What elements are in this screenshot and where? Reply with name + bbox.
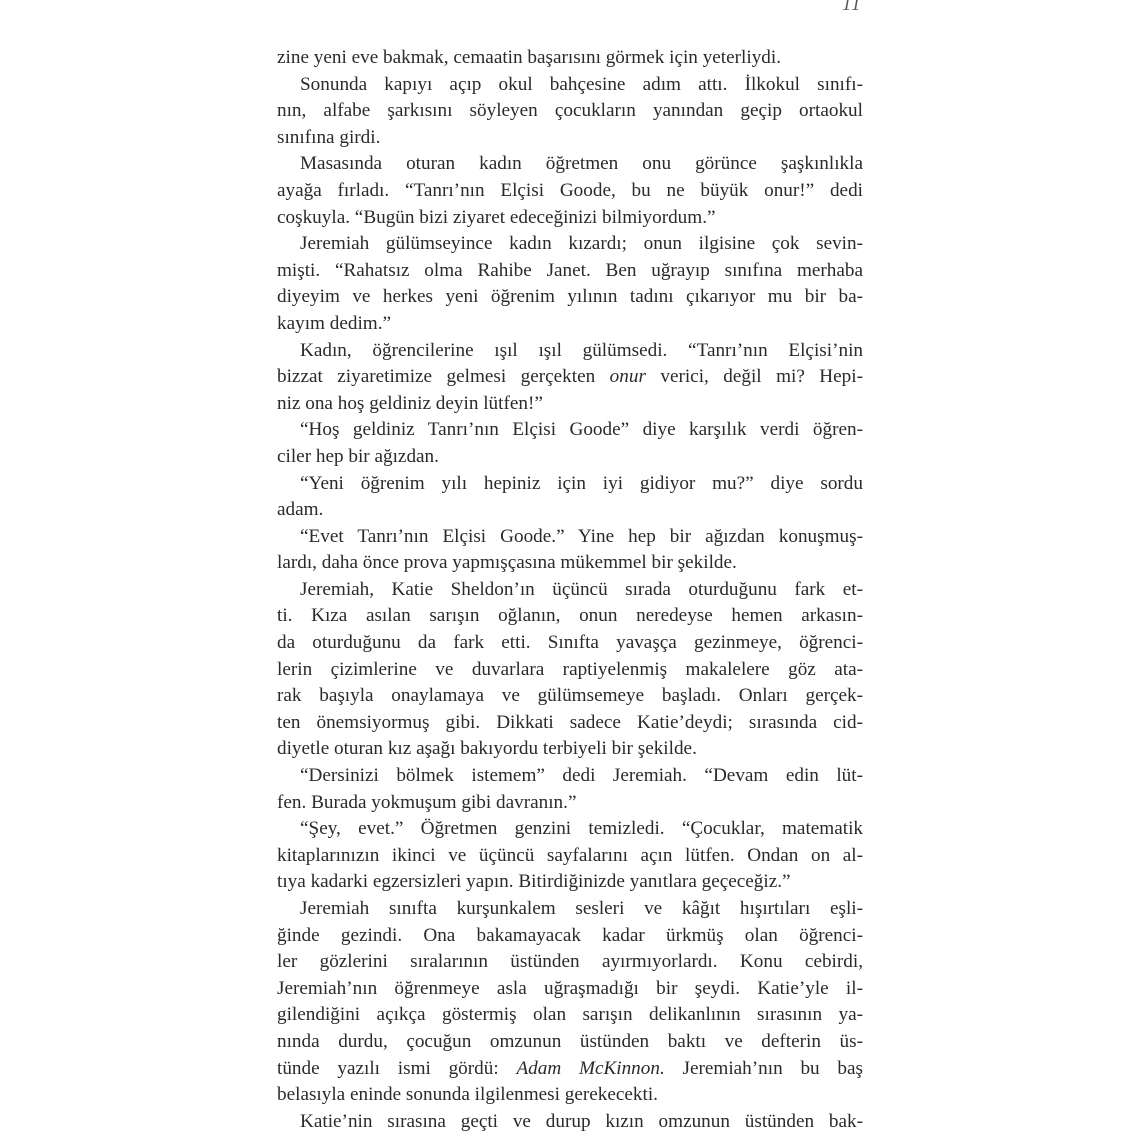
text-line: sınıfına girdi. — [277, 125, 863, 152]
text-line: lardı, daha önce prova yapmışçasına müke… — [277, 550, 863, 577]
text-line: “Şey, evet.” Öğretmen genzini temizledi.… — [277, 816, 863, 843]
text-segment: bizzat ziyaretimize gelmesi gerçekten — [277, 366, 610, 387]
text-line: Masasında oturan kadın öğretmen onu görü… — [277, 151, 863, 178]
text-line: lerin çizimlerine ve duvarlara raptiyele… — [277, 657, 863, 684]
text-line: tıya kadarki egzersizleri yapın. Bitirdi… — [277, 869, 863, 896]
text-line: Katie’nin sırasına geçti ve durup kızın … — [277, 1109, 863, 1136]
text-line: nında durdu, çocuğun omzunun üstünden ba… — [277, 1029, 863, 1056]
text-line: bizzat ziyaretimize gelmesi gerçekten on… — [277, 364, 863, 391]
text-line: ti. Kıza asılan sarışın oğlanın, onun ne… — [277, 603, 863, 630]
text-line: rak başıyla onaylamaya ve gülümsemeye ba… — [277, 683, 863, 710]
page-number: 11 — [842, 0, 862, 16]
text-line: niz ona hoş geldiniz deyin lütfen!” — [277, 391, 863, 418]
text-line: da oturduğunu da fark etti. Sınıfta yava… — [277, 630, 863, 657]
text-segment: verici, değil mi? Hepi- — [646, 366, 863, 387]
text-line: “Dersinizi bölmek istemem” dedi Jeremiah… — [277, 763, 863, 790]
text-line: mişti. “Rahatsız olma Rahibe Janet. Ben … — [277, 258, 863, 285]
text-line: Jeremiah gülümseyince kadın kızardı; onu… — [277, 231, 863, 258]
text-line: fen. Burada yokmuşum gibi davranın.” — [277, 790, 863, 817]
text-line: ciler hep bir ağızdan. — [277, 444, 863, 471]
text-line: “Yeni öğrenim yılı hepiniz için iyi gidi… — [277, 471, 863, 498]
text-line: “Hoş geldiniz Tanrı’nın Elçisi Goode” di… — [277, 417, 863, 444]
text-line: ayağa fırladı. “Tanrı’nın Elçisi Goode, … — [277, 178, 863, 205]
text-line: Jeremiah, Katie Sheldon’ın üçüncü sırada… — [277, 577, 863, 604]
text-line: ler gözlerini sıralarının üstünden ayırm… — [277, 949, 863, 976]
text-line: “Evet Tanrı’nın Elçisi Goode.” Yine hep … — [277, 524, 863, 551]
text-line: zine yeni eve bakmak, cemaatin başarısın… — [277, 45, 863, 72]
italic-emphasis: onur — [610, 366, 646, 387]
text-line: diyeyim ve herkes yeni öğrenim yılının t… — [277, 284, 863, 311]
text-line: tünde yazılı ismi gördü: Adam McKinnon. … — [277, 1056, 863, 1083]
text-line: Kadın, öğrencilerine ışıl ışıl gülümsedi… — [277, 338, 863, 365]
text-line: ğinde gezindi. Ona bakamayacak kadar ürk… — [277, 923, 863, 950]
text-line: belasıyla eninde sonunda ilgilenmesi ger… — [277, 1082, 863, 1109]
text-line: nın, alfabe şarkısını söyleyen çocukları… — [277, 98, 863, 125]
italic-emphasis: Adam McKinnon. — [516, 1058, 664, 1079]
text-line: kitaplarınızın ikinci ve üçüncü sayfalar… — [277, 843, 863, 870]
text-line: coşkuyla. “Bugün bizi ziyaret edeceğiniz… — [277, 205, 863, 232]
text-segment: tünde yazılı ismi gördü: — [277, 1058, 516, 1079]
text-line: adam. — [277, 497, 863, 524]
text-line: diyetle oturan kız aşağı bakıyordu terbi… — [277, 736, 863, 763]
text-line: Sonunda kapıyı açıp okul bahçesine adım … — [277, 72, 863, 99]
text-line: ten önemsiyormuş gibi. Dikkati sadece Ka… — [277, 710, 863, 737]
text-segment: Jeremiah’nın bu baş — [665, 1058, 863, 1079]
text-line: kayım dedim.” — [277, 311, 863, 338]
text-line: gilendiğini açıkça göstermiş olan sarışı… — [277, 1002, 863, 1029]
text-line: Jeremiah sınıfta kurşunkalem sesleri ve … — [277, 896, 863, 923]
body-text: zine yeni eve bakmak, cemaatin başarısın… — [277, 45, 863, 1135]
text-line: Jeremiah’nın öğrenmeye asla uğraşmadığı … — [277, 976, 863, 1003]
